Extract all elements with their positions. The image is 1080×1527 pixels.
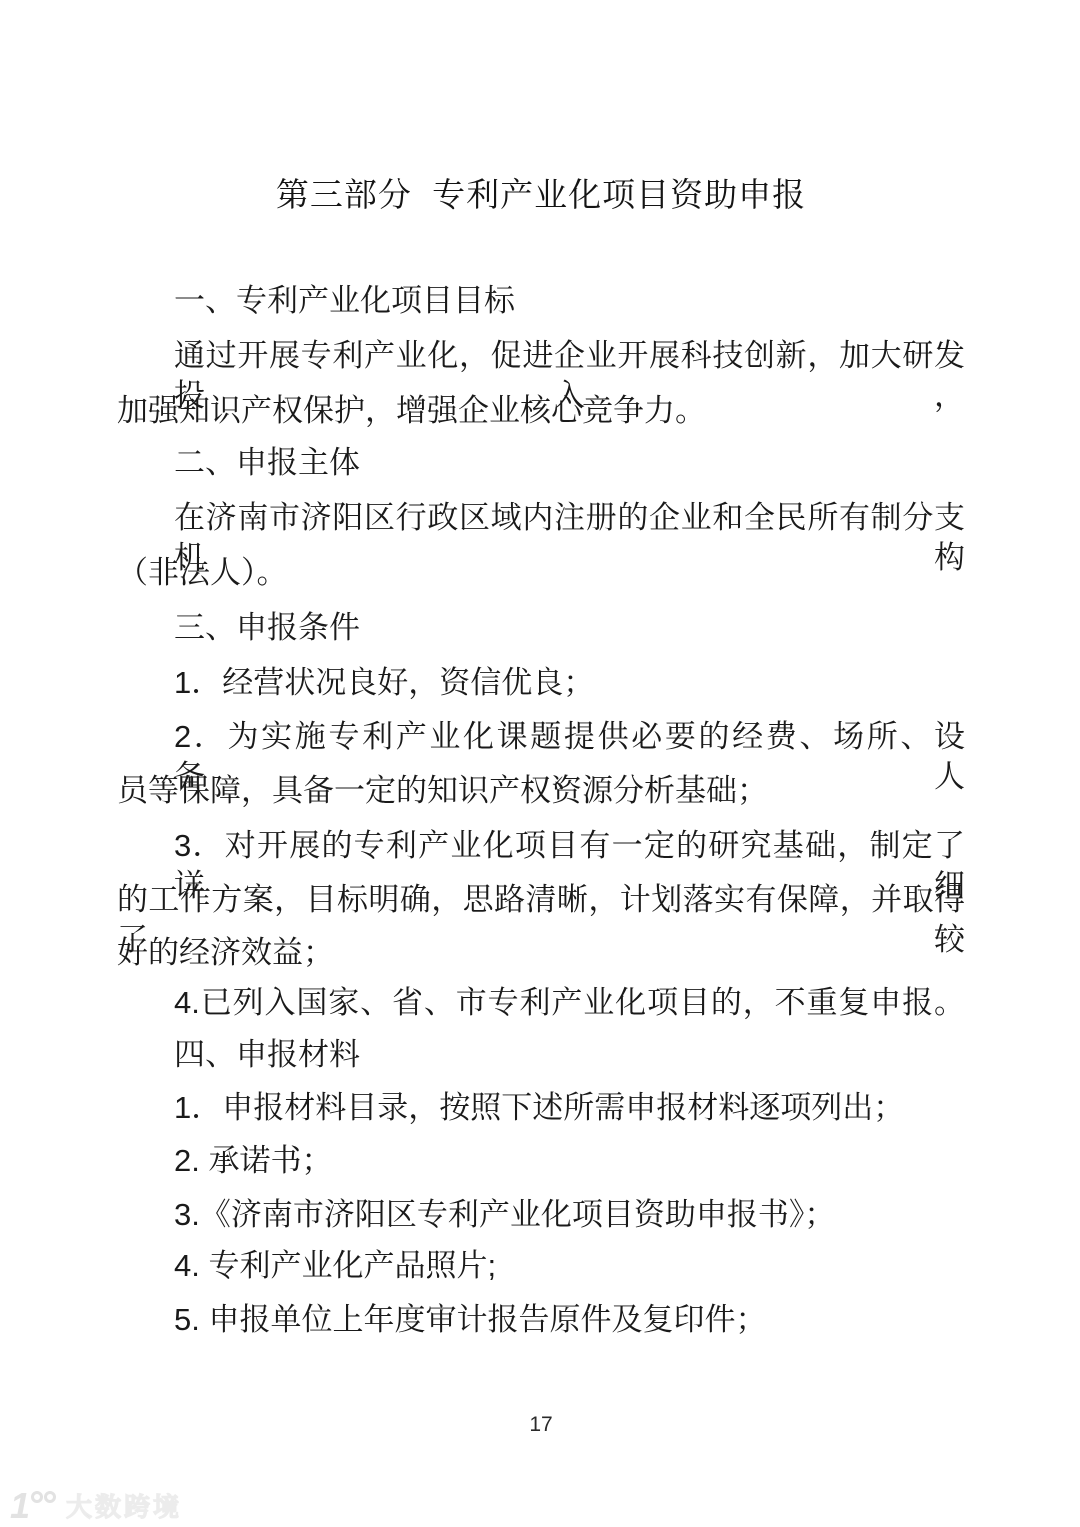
watermark-logo-circle <box>44 1491 56 1503</box>
condition-item-4: 4.已列入国家、省、市专利产业化项目的，不重复申报。 <box>117 983 965 1023</box>
watermark-100-logo-icon: 1 <box>10 1489 56 1523</box>
heading-conditions: 三、申报条件 <box>117 608 965 648</box>
watermark-logo-digit: 1 <box>10 1489 30 1523</box>
heading-objectives: 一、专利产业化项目目标 <box>117 281 965 321</box>
document-page: 第三部分 专利产业化项目资助申报 一、专利产业化项目目标 通过开展专利产业化，促… <box>0 0 1080 1527</box>
watermark: 1 大数跨境 <box>10 1487 182 1524</box>
condition-item-1: 1．经营状况良好，资信优良； <box>117 663 965 703</box>
condition-item-2-line-2: 员等保障，具备一定的知识产权资源分析基础； <box>117 771 965 811</box>
page-number: 17 <box>117 1412 965 1438</box>
para-objectives-line-2: 加强知识产权保护，增强企业核心竞争力。 <box>117 391 965 431</box>
material-item-1: 1．申报材料目录，按照下述所需申报材料逐项列出； <box>117 1088 965 1128</box>
material-item-5: 5. 申报单位上年度审计报告原件及复印件； <box>117 1300 965 1340</box>
material-item-2: 2. 承诺书； <box>117 1141 965 1181</box>
watermark-text: 大数跨境 <box>66 1487 182 1524</box>
material-item-3: 3.《济南市济阳区专利产业化项目资助申报书》； <box>117 1195 965 1235</box>
section-title: 第三部分 专利产业化项目资助申报 <box>117 172 965 218</box>
heading-applicant: 二、申报主体 <box>117 443 965 483</box>
para-applicant-line-2: （非法人）。 <box>117 553 965 593</box>
heading-materials: 四、申报材料 <box>117 1035 965 1075</box>
watermark-logo-circle <box>31 1491 43 1503</box>
material-item-4: 4. 专利产业化产品照片; <box>117 1246 965 1286</box>
condition-item-3-line-3: 好的经济效益； <box>117 933 965 973</box>
